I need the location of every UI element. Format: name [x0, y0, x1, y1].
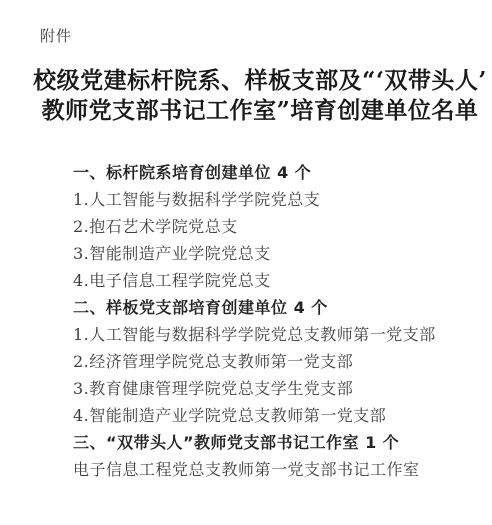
section-2-item-4: 4.智能制造产业学院党总支教师第一党支部 [73, 402, 488, 429]
section-2-item-1: 1.人工智能与数据科学学院党总支教师第一党支部 [73, 321, 488, 348]
section-2-heading: 二、样板党支部培育创建单位 4 个 [73, 294, 488, 321]
attachment-label: 附件 [40, 27, 72, 47]
section-1-item-3: 3.智能制造产业学院党总支 [73, 240, 488, 267]
section-1-heading: 一、标杆院系培育创建单位 4 个 [73, 159, 488, 186]
document-body: 一、标杆院系培育创建单位 4 个1.人工智能与数据科学学院党总支2.抱石艺术学院… [73, 159, 488, 483]
document-title-line2: 教师党支部书记工作室”培育创建单位名单 [28, 96, 492, 126]
section-2-item-3: 3.教育健康管理学院党总支学生党支部 [73, 375, 488, 402]
document-page: 附件 校级党建标杆院系、样板支部及“‘双带头人’ 教师党支部书记工作室”培育创建… [0, 0, 492, 525]
section-3-heading: 三、“双带头人”教师党支部书记工作室 1 个 [73, 429, 488, 456]
section-1-item-4: 4.电子信息工程学院党总支 [73, 267, 488, 294]
section-3-item-1: 电子信息工程党总支教师第一党支部书记工作室 [73, 456, 488, 483]
section-1-item-2: 2.抱石艺术学院党总支 [73, 213, 488, 240]
section-1-item-1: 1.人工智能与数据科学学院党总支 [73, 186, 488, 213]
section-2-item-2: 2.经济管理学院党总支教师第一党支部 [73, 348, 488, 375]
document-title-line1: 校级党建标杆院系、样板支部及“‘双带头人’ [28, 66, 492, 96]
document-title: 校级党建标杆院系、样板支部及“‘双带头人’ 教师党支部书记工作室”培育创建单位名… [28, 66, 492, 126]
